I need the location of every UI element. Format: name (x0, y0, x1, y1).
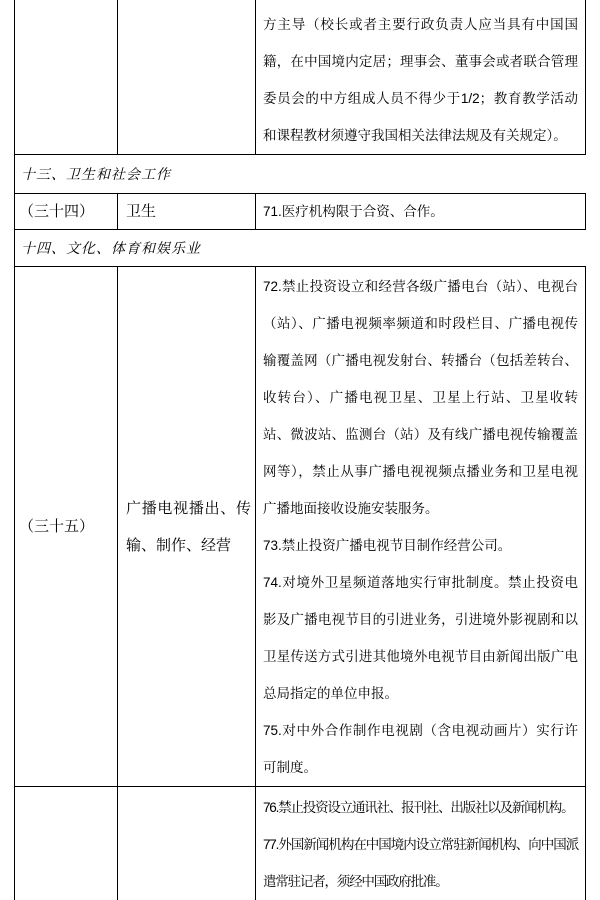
table-row-continuation: 方主导（校长或者主要行政负责人应当具有中国国籍，在中国境内定居；理事会、董事会或… (15, 0, 586, 155)
negative-list-table: 方主导（校长或者主要行政负责人应当具有中国国籍，在中国境内定居；理事会、董事会或… (14, 0, 586, 900)
category-cell-empty (118, 787, 256, 900)
category-cell-empty (118, 0, 256, 154)
category-cell: 卫生 (118, 194, 256, 229)
table-row-34: （三十四） 卫生 71.医疗机构限于合资、合作。 (15, 194, 586, 230)
document-page: 方主导（校长或者主要行政负责人应当具有中国国籍，在中国境内定居；理事会、董事会或… (0, 0, 600, 900)
index-cell-empty (15, 787, 118, 900)
clause-item-71: 71.医疗机构限于合资、合作。 (263, 202, 444, 222)
clause-item-74: 74.对境外卫星频道落地实行审批制度。禁止投资电影及广播电视节目的引进业务，引进… (263, 564, 578, 712)
clause-item-76: 76.禁止投资设立通讯社、报刊社、出版社以及新闻机构。 (263, 789, 578, 826)
table-row-35: （三十五） 广播电视播出、传输、制作、经营 72.禁止投资设立和经营各级广播电台… (15, 267, 586, 787)
section-13-title: 十三、卫生和社会工作 (15, 155, 586, 193)
clause-item-75: 75.对中外合作制作电视剧（含电视动画片）实行许可制度。 (263, 712, 578, 786)
clause-cell: 方主导（校长或者主要行政负责人应当具有中国国籍，在中国境内定居；理事会、董事会或… (256, 0, 586, 154)
category-cell: 广播电视播出、传输、制作、经营 (118, 267, 256, 786)
clause-cell: 76.禁止投资设立通讯社、报刊社、出版社以及新闻机构。 77.外国新闻机构在中国… (256, 787, 586, 900)
clause-item-73: 73.禁止投资广播电视节目制作经营公司。 (263, 527, 578, 564)
clause-text-continuation: 方主导（校长或者主要行政负责人应当具有中国国籍，在中国境内定居；理事会、董事会或… (263, 6, 578, 154)
category-label: 卫生 (126, 194, 156, 229)
clause-cell: 72.禁止投资设立和经营各级广播电台（站）、电视台（站）、广播电视频率频道和时段… (256, 267, 586, 786)
index-cell: （三十五） (15, 267, 118, 786)
index-label: （三十四） (19, 194, 94, 229)
section-header-row-14: 十四、文化、体育和娱乐业 (15, 230, 586, 267)
section-14-title: 十四、文化、体育和娱乐业 (15, 230, 586, 266)
table-row-36-partial: 76.禁止投资设立通讯社、报刊社、出版社以及新闻机构。 77.外国新闻机构在中国… (15, 787, 586, 900)
clause-item-72: 72.禁止投资设立和经营各级广播电台（站）、电视台（站）、广播电视频率频道和时段… (263, 268, 578, 527)
clause-item-77: 77.外国新闻机构在中国境内设立常驻新闻机构、向中国派遣常驻记者，须经中国政府批… (263, 826, 578, 900)
clause-cell: 71.医疗机构限于合资、合作。 (256, 194, 586, 229)
section-header-row-13: 十三、卫生和社会工作 (15, 155, 586, 194)
index-cell: （三十四） (15, 194, 118, 229)
category-label: 广播电视播出、传输、制作、经营 (126, 490, 251, 564)
index-label: （三十五） (19, 508, 94, 545)
index-cell-empty (15, 0, 118, 154)
